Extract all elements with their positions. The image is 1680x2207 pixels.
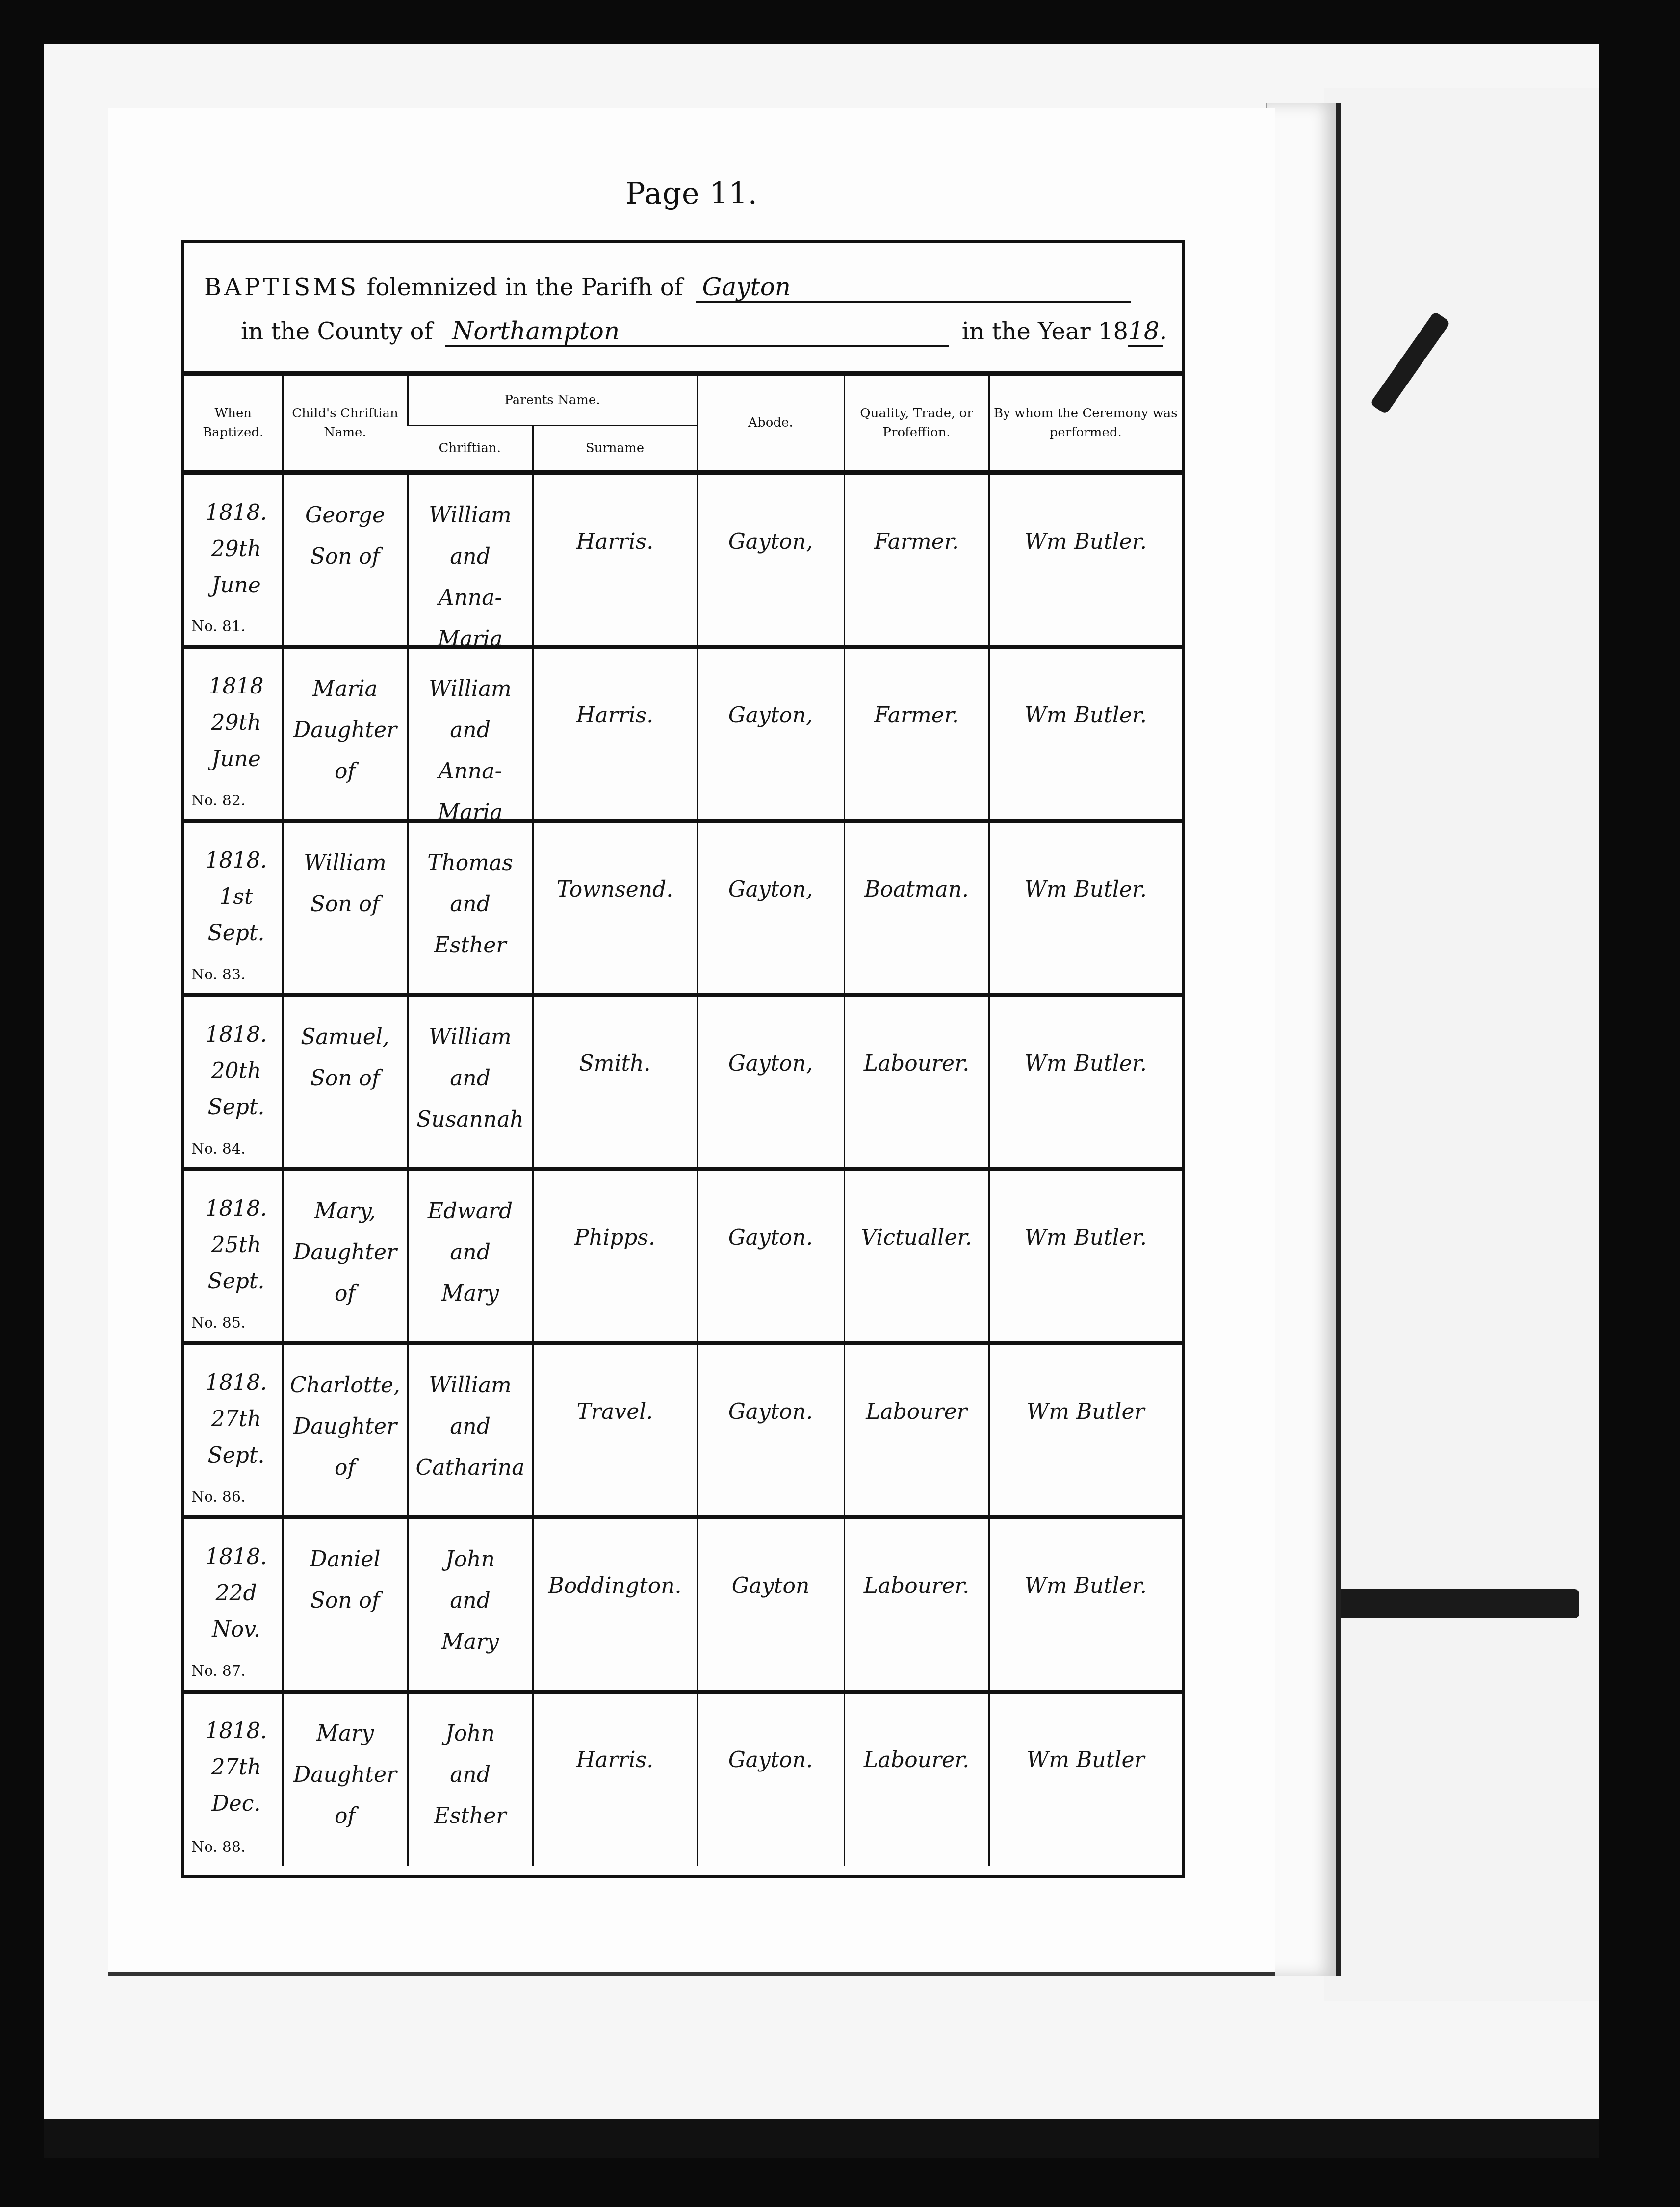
cell-abode: Gayton, [697, 821, 844, 995]
cell-surname: Harris. [533, 1692, 697, 1866]
cell-quality: Labourer. [844, 1692, 989, 1866]
entry-number: No. 86. [191, 1488, 246, 1506]
father-name: John [409, 1713, 532, 1754]
cell-parents-christian: Edward and Mary [408, 1169, 533, 1343]
child-relation: Daughter of [284, 1232, 407, 1314]
parents-surname: Townsend. [534, 877, 697, 902]
cell-minister: Wm Butler [989, 1692, 1182, 1866]
mother-name: Mary [409, 1621, 532, 1663]
entry-number: No. 83. [191, 966, 246, 983]
cell-parents-christian: John and Esther [408, 1692, 533, 1866]
occupation: Victualler. [845, 1225, 988, 1250]
table-row: 1818. 27th Sept. No. 86. Charlotte, Daug… [184, 1343, 1182, 1517]
county-label: in the County of [241, 318, 433, 345]
register-page: Page 11. BAPTISMS folemnized in the Pari… [108, 108, 1275, 1976]
baptism-year: 1818. [193, 1365, 279, 1401]
entry-number: No. 84. [191, 1140, 246, 1157]
register-title: BAPTISMS folemnized in the Parifh of Gay… [184, 243, 1182, 376]
col-parents-christian: Chriftian. [408, 426, 533, 473]
cell-when: 1818. 22d Nov. No. 87. [184, 1517, 283, 1692]
table-row: 1818. 29th June No. 81. George Son of Wi… [184, 473, 1182, 647]
table-row: 1818. 22d Nov. No. 87. Daniel Son of Joh… [184, 1517, 1182, 1692]
cell-abode: Gayton, [697, 647, 844, 821]
cell-parents-christian: William and Anna-Maria [408, 647, 533, 821]
baptism-year: 1818 [193, 668, 279, 705]
child-name: George [284, 495, 407, 536]
cell-child: Maria Daughter of [283, 647, 408, 821]
baptism-date: 29th June [193, 531, 279, 604]
year-label: in the Year 18 [962, 318, 1128, 345]
abode: Gayton. [698, 1225, 844, 1250]
title-baptisms: BAPTISMS [204, 274, 359, 301]
cell-abode: Gayton [697, 1517, 844, 1692]
minister-signature: Wm Butler [990, 1399, 1182, 1424]
cell-minister: Wm Butler. [989, 647, 1182, 821]
abode: Gayton, [698, 529, 844, 554]
baptism-year: 1818. [193, 1539, 279, 1575]
baptism-year: 1818. [193, 495, 279, 531]
abode: Gayton, [698, 1051, 844, 1076]
minister-signature: Wm Butler. [990, 529, 1182, 554]
connector-and: and [409, 536, 532, 577]
page-edge [1266, 103, 1341, 1976]
father-name: Edward [409, 1191, 532, 1232]
baptism-date: 27th Dec. [193, 1749, 279, 1822]
cell-quality: Labourer. [844, 995, 989, 1169]
cell-parents-christian: John and Mary [408, 1517, 533, 1692]
baptism-year: 1818. [193, 843, 279, 879]
cell-minister: Wm Butler. [989, 995, 1182, 1169]
child-relation: Daughter of [284, 1754, 407, 1837]
cell-surname: Smith. [533, 995, 697, 1169]
minister-signature: Wm Butler. [990, 703, 1182, 728]
cell-when: 1818. 25th Sept. No. 85. [184, 1169, 283, 1343]
cell-abode: Gayton. [697, 1343, 844, 1517]
parish-name: Gayton [696, 273, 1131, 303]
child-name: Mary [284, 1713, 407, 1754]
entry-number: No. 85. [191, 1314, 246, 1332]
abode: Gayton. [698, 1399, 844, 1424]
cell-minister: Wm Butler. [989, 1517, 1182, 1692]
cell-when: 1818. 27th Dec. No. 88. [184, 1692, 283, 1866]
parents-surname: Harris. [534, 529, 697, 554]
entry-number: No. 87. [191, 1663, 246, 1680]
baptism-year: 1818. [193, 1713, 279, 1749]
cell-parents-christian: William and Anna-Maria [408, 473, 533, 647]
mother-name: Esther [409, 925, 532, 966]
cell-when: 1818. 27th Sept. No. 86. [184, 1343, 283, 1517]
minister-signature: Wm Butler. [990, 877, 1182, 902]
father-name: William [409, 495, 532, 536]
cell-abode: Gayton. [697, 1692, 844, 1866]
cell-quality: Farmer. [844, 473, 989, 647]
cell-quality: Victualler. [844, 1169, 989, 1343]
col-parents-name: Parents Name. [408, 376, 697, 426]
col-child-name: Child's Chriftian Name. [283, 376, 408, 473]
baptism-year: 1818. [193, 1191, 279, 1227]
parents-surname: Smith. [534, 1051, 697, 1076]
child-name: Charlotte, [284, 1365, 407, 1406]
cell-surname: Travel. [533, 1343, 697, 1517]
minister-signature: Wm Butler. [990, 1225, 1182, 1250]
table-row: 1818. 1st Sept. No. 83. William Son of T… [184, 821, 1182, 995]
cell-surname: Harris. [533, 473, 697, 647]
register-table: When Baptized. Child's Chriftian Name. P… [184, 376, 1182, 1866]
cell-minister: Wm Butler [989, 1343, 1182, 1517]
cell-parents-christian: William and Catharina [408, 1343, 533, 1517]
cell-minister: Wm Butler. [989, 473, 1182, 647]
child-name: Daniel [284, 1539, 407, 1580]
cell-quality: Farmer. [844, 647, 989, 821]
cell-when: 1818 29th June No. 82. [184, 647, 283, 821]
abode: Gayton [698, 1573, 844, 1598]
cell-quality: Labourer. [844, 1517, 989, 1692]
child-relation: Son of [284, 1058, 407, 1099]
child-relation: Son of [284, 884, 407, 925]
cell-minister: Wm Butler. [989, 1169, 1182, 1343]
parents-surname: Harris. [534, 703, 697, 728]
cell-surname: Phipps. [533, 1169, 697, 1343]
cell-child: Mary, Daughter of [283, 1169, 408, 1343]
occupation: Labourer. [845, 1051, 988, 1076]
col-quality: Quality, Trade, or Profeffion. [844, 376, 989, 473]
father-name: William [409, 1017, 532, 1058]
connector-and: and [409, 1406, 532, 1447]
cell-child: George Son of [283, 473, 408, 647]
child-name: William [284, 843, 407, 884]
cell-abode: Gayton, [697, 473, 844, 647]
cell-surname: Townsend. [533, 821, 697, 995]
connector-and: and [409, 1058, 532, 1099]
col-by-whom: By whom the Ceremony was performed. [989, 376, 1182, 473]
baptism-date: 25th Sept. [193, 1227, 279, 1300]
minister-signature: Wm Butler. [990, 1573, 1182, 1598]
table-row: 1818 29th June No. 82. Maria Daughter of… [184, 647, 1182, 821]
father-name: William [409, 1365, 532, 1406]
baptism-date: 22d Nov. [193, 1575, 279, 1648]
occupation: Boatman. [845, 877, 988, 902]
page-number: Page 11. [108, 177, 1275, 211]
abode: Gayton, [698, 877, 844, 902]
cell-surname: Boddington. [533, 1517, 697, 1692]
parents-surname: Boddington. [534, 1573, 697, 1598]
father-name: William [409, 668, 532, 710]
connector-and: and [409, 1232, 532, 1273]
child-relation: Daughter of [284, 1406, 407, 1488]
cell-quality: Boatman. [844, 821, 989, 995]
baptism-date: 20th Sept. [193, 1053, 279, 1126]
col-parents-surname: Surname [533, 426, 697, 473]
cell-child: Charlotte, Daughter of [283, 1343, 408, 1517]
cell-quality: Labourer [844, 1343, 989, 1517]
col-when-baptized: When Baptized. [184, 376, 283, 473]
cell-minister: Wm Butler. [989, 821, 1182, 995]
cell-when: 1818. 29th June No. 81. [184, 473, 283, 647]
connector-and: and [409, 1754, 532, 1796]
title-solemnized: folemnized in the Parifh of [366, 274, 683, 301]
child-name: Samuel, [284, 1017, 407, 1058]
title-line-county: in the County of Northampton in the Year… [241, 317, 1163, 347]
baptism-register: BAPTISMS folemnized in the Parifh of Gay… [181, 240, 1185, 1878]
year-value: 18. [1128, 317, 1163, 347]
entry-number: No. 82. [191, 792, 246, 809]
father-name: Thomas [409, 843, 532, 884]
cell-parents-christian: Thomas and Esther [408, 821, 533, 995]
child-name: Maria [284, 668, 407, 710]
mother-name: Mary [409, 1273, 532, 1314]
table-row: 1818. 27th Dec. No. 88. Mary Daughter of… [184, 1692, 1182, 1866]
occupation: Farmer. [845, 703, 988, 728]
baptism-date: 29th June [193, 705, 279, 777]
cell-parents-christian: William and Susannah [408, 995, 533, 1169]
cell-child: Daniel Son of [283, 1517, 408, 1692]
child-relation: Daughter of [284, 710, 407, 792]
child-name: Mary, [284, 1191, 407, 1232]
baptism-date: 27th Sept. [193, 1401, 279, 1474]
baptism-year: 1818. [193, 1017, 279, 1053]
parents-surname: Travel. [534, 1399, 697, 1424]
cell-child: Mary Daughter of [283, 1692, 408, 1866]
cell-child: William Son of [283, 821, 408, 995]
binding-flap [1324, 88, 1599, 2001]
connector-and: and [409, 710, 532, 751]
occupation: Farmer. [845, 529, 988, 554]
mother-name: Esther [409, 1796, 532, 1837]
cell-abode: Gayton. [697, 1169, 844, 1343]
minister-signature: Wm Butler [990, 1747, 1182, 1772]
occupation: Labourer [845, 1399, 988, 1424]
entry-number: No. 88. [191, 1839, 246, 1856]
connector-and: and [409, 884, 532, 925]
cell-when: 1818. 20th Sept. No. 84. [184, 995, 283, 1169]
parents-surname: Phipps. [534, 1225, 697, 1250]
occupation: Labourer. [845, 1573, 988, 1598]
table-row: 1818. 25th Sept. No. 85. Mary, Daughter … [184, 1169, 1182, 1343]
mother-name: Catharina [409, 1447, 532, 1488]
title-line-parish: BAPTISMS folemnized in the Parifh of Gay… [204, 273, 1136, 303]
cell-when: 1818. 1st Sept. No. 83. [184, 821, 283, 995]
cell-abode: Gayton, [697, 995, 844, 1169]
connector-and: and [409, 1580, 532, 1621]
table-row: 1818. 20th Sept. No. 84. Samuel, Son of … [184, 995, 1182, 1169]
parents-surname: Harris. [534, 1747, 697, 1772]
child-relation: Son of [284, 1580, 407, 1621]
cell-child: Samuel, Son of [283, 995, 408, 1169]
occupation: Labourer. [845, 1747, 988, 1772]
cell-surname: Harris. [533, 647, 697, 821]
father-name: John [409, 1539, 532, 1580]
child-relation: Son of [284, 536, 407, 577]
mother-name: Susannah [409, 1099, 532, 1140]
county-name: Northampton [445, 317, 949, 347]
minister-signature: Wm Butler. [990, 1051, 1182, 1076]
abode: Gayton, [698, 703, 844, 728]
ribbon-marker-lower [1324, 1589, 1579, 1618]
baptism-date: 1st Sept. [193, 879, 279, 951]
abode: Gayton. [698, 1747, 844, 1772]
col-abode: Abode. [697, 376, 844, 473]
entry-number: No. 81. [191, 618, 246, 635]
